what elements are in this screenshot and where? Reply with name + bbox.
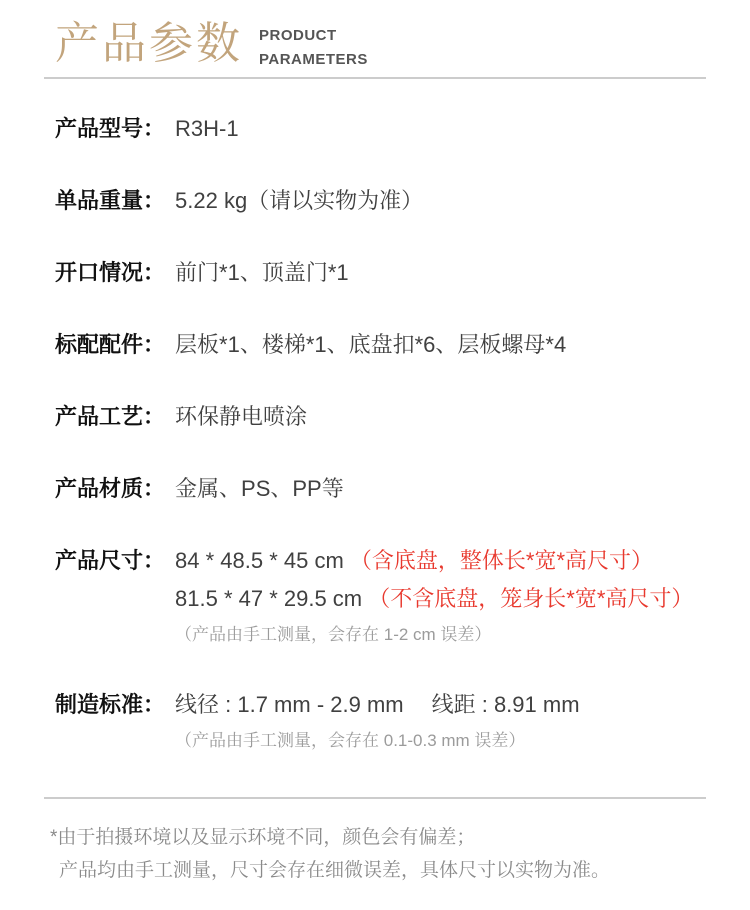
param-value: 金属、PS、PP等 [175,476,344,502]
section-title-cn: 产品参数 [55,18,243,70]
dimensions-overall-note: （含底盘，整体长*宽*高尺寸） [350,548,653,573]
dimensions-cage-note: （不含底盘，笼身长*宽*高尺寸） [368,586,693,611]
param-row-material: 产品材质： 金属、PS、PP等 [55,476,750,502]
section-title-en-line1: PRODUCT [259,24,368,48]
param-label: 产品型号： [55,116,165,142]
param-row-craft: 产品工艺： 环保静电喷涂 [55,404,750,430]
wire-diameter-value: 线径 : 1.7 mm - 2.9 mm [175,692,404,717]
manufacturing-tolerance-note: （产品由手工测量，会存在 0.1-0.3 mm 误差） [175,730,580,751]
param-row-manufacturing: 制造标准： 线径 : 1.7 mm - 2.9 mm线距 : 8.91 mm （… [55,692,750,751]
param-value: 层板*1、楼梯*1、底盘扣*6、层板螺母*4 [175,332,566,358]
param-row-dimensions: 产品尺寸： 84 * 48.5 * 45 cm （含底盘，整体长*宽*高尺寸） … [55,548,750,645]
section-title-en: PRODUCT PARAMETERS [259,24,368,72]
param-value: 环保静电喷涂 [175,404,307,430]
dimensions-tolerance-note: （产品由手工测量，会存在 1-2 cm 误差） [175,624,693,645]
wire-pitch-value: 线距 : 8.91 mm [432,692,580,717]
param-row-weight: 单品重量： 5.22 kg（请以实物为准） [55,188,750,214]
section-title-en-line2: PARAMETERS [259,48,368,72]
param-value: R3H-1 [175,116,239,142]
dimensions-cage-value: 81.5 * 47 * 29.5 cm [175,586,362,611]
param-label: 制造标准： [55,692,165,718]
dimensions-value-block: 84 * 48.5 * 45 cm （含底盘，整体长*宽*高尺寸） 81.5 *… [175,548,693,645]
manufacturing-value-block: 线径 : 1.7 mm - 2.9 mm线距 : 8.91 mm （产品由手工测… [175,692,580,751]
param-label: 产品尺寸： [55,548,165,574]
manufacturing-line-main: 线径 : 1.7 mm - 2.9 mm线距 : 8.91 mm [175,692,580,718]
footnotes: *由于拍摄环境以及显示环境不同，颜色会有偏差； 产品均由手工测量，尺寸会存在细微… [0,799,750,887]
dimensions-overall-value: 84 * 48.5 * 45 cm [175,548,344,573]
product-parameters-page: 产品参数 PRODUCT PARAMETERS 产品型号： R3H-1 单品重量… [0,0,750,910]
param-row-accessories: 标配配件： 层板*1、楼梯*1、底盘扣*6、层板螺母*4 [55,332,750,358]
param-label: 单品重量： [55,188,165,214]
param-row-model: 产品型号： R3H-1 [55,116,750,142]
section-header: 产品参数 PRODUCT PARAMETERS [0,0,750,77]
dimensions-line-overall: 84 * 48.5 * 45 cm （含底盘，整体长*宽*高尺寸） [175,548,693,574]
param-label: 标配配件： [55,332,165,358]
footnote-color-disclaimer: *由于拍摄环境以及显示环境不同，颜色会有偏差； [50,821,750,854]
parameters-list: 产品型号： R3H-1 单品重量： 5.22 kg（请以实物为准） 开口情况： … [0,79,750,751]
dimensions-line-cage: 81.5 * 47 * 29.5 cm （不含底盘，笼身长*宽*高尺寸） [175,586,693,612]
param-value: 前门*1、顶盖门*1 [175,260,349,286]
param-value: 5.22 kg（请以实物为准） [175,188,423,214]
param-label: 产品工艺： [55,404,165,430]
param-label: 产品材质： [55,476,165,502]
footnote-measurement-disclaimer: 产品均由手工测量，尺寸会存在细微误差，具体尺寸以实物为准。 [50,854,750,887]
param-label: 开口情况： [55,260,165,286]
param-row-openings: 开口情况： 前门*1、顶盖门*1 [55,260,750,286]
